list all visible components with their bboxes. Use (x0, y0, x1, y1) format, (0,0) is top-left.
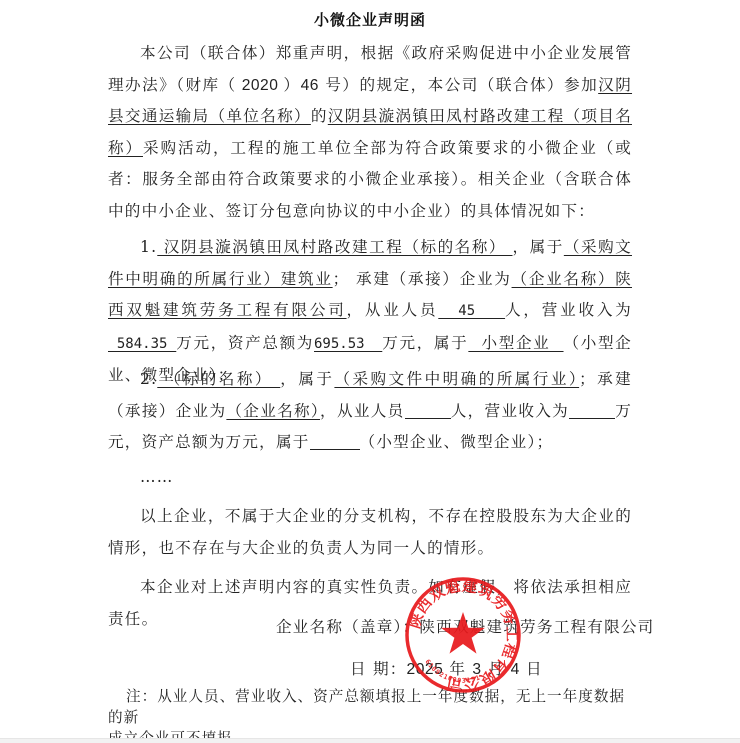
assets-value: 695.53 (314, 336, 382, 352)
revenue-blank (569, 400, 615, 419)
date-line: 日 期：2025 年 3 月 4 日 (350, 657, 543, 679)
document-title: 小微企业声明函 (0, 9, 740, 30)
signature-company: 陕西双魁建筑劳务工程有限公司 (419, 618, 654, 636)
footnote: 注：从业人员、营业收入、资产总额填报上一年度数据，无上一年度数据的新 成立企业可… (108, 686, 638, 743)
company-name-blank: （企业名称） (226, 402, 320, 420)
employee-count: 45 (438, 303, 505, 319)
signature-line: 企业名称（盖章）：陕西双魁建筑劳务工程有限公司 (276, 615, 654, 637)
industry-blank: （采购文件中明确的所属行业） (334, 370, 579, 388)
non-affiliation-paragraph: 以上企业，不属于大企业的分支机构，不存在控股股东为大企业的情形，也不存在与大企业… (108, 501, 632, 564)
ellipsis: …… (108, 462, 632, 494)
enterprise-item-2: 2. （标的名称） ，属于（采购文件中明确的所属行业）；承建（承接）企业为（企业… (108, 364, 632, 459)
bid-name: 汉阴县漩涡镇田凤村路改建工程（标的名称） (157, 238, 512, 256)
employee-count-blank (405, 400, 451, 419)
declaration-paragraph: 本公司（联合体）郑重声明，根据《政府采购促进中小企业发展管理办法》（财库（ 20… (108, 38, 632, 227)
revenue-value: 584.35 (108, 336, 176, 352)
scale-blank (310, 431, 360, 450)
page-bottom-edge (0, 738, 740, 743)
bid-name-blank: （标的名称） (157, 370, 280, 388)
document-page: 小微企业声明函 本公司（联合体）郑重声明，根据《政府采购促进中小企业发展管理办法… (0, 0, 740, 738)
enterprise-scale: 小型企业 (468, 334, 563, 352)
